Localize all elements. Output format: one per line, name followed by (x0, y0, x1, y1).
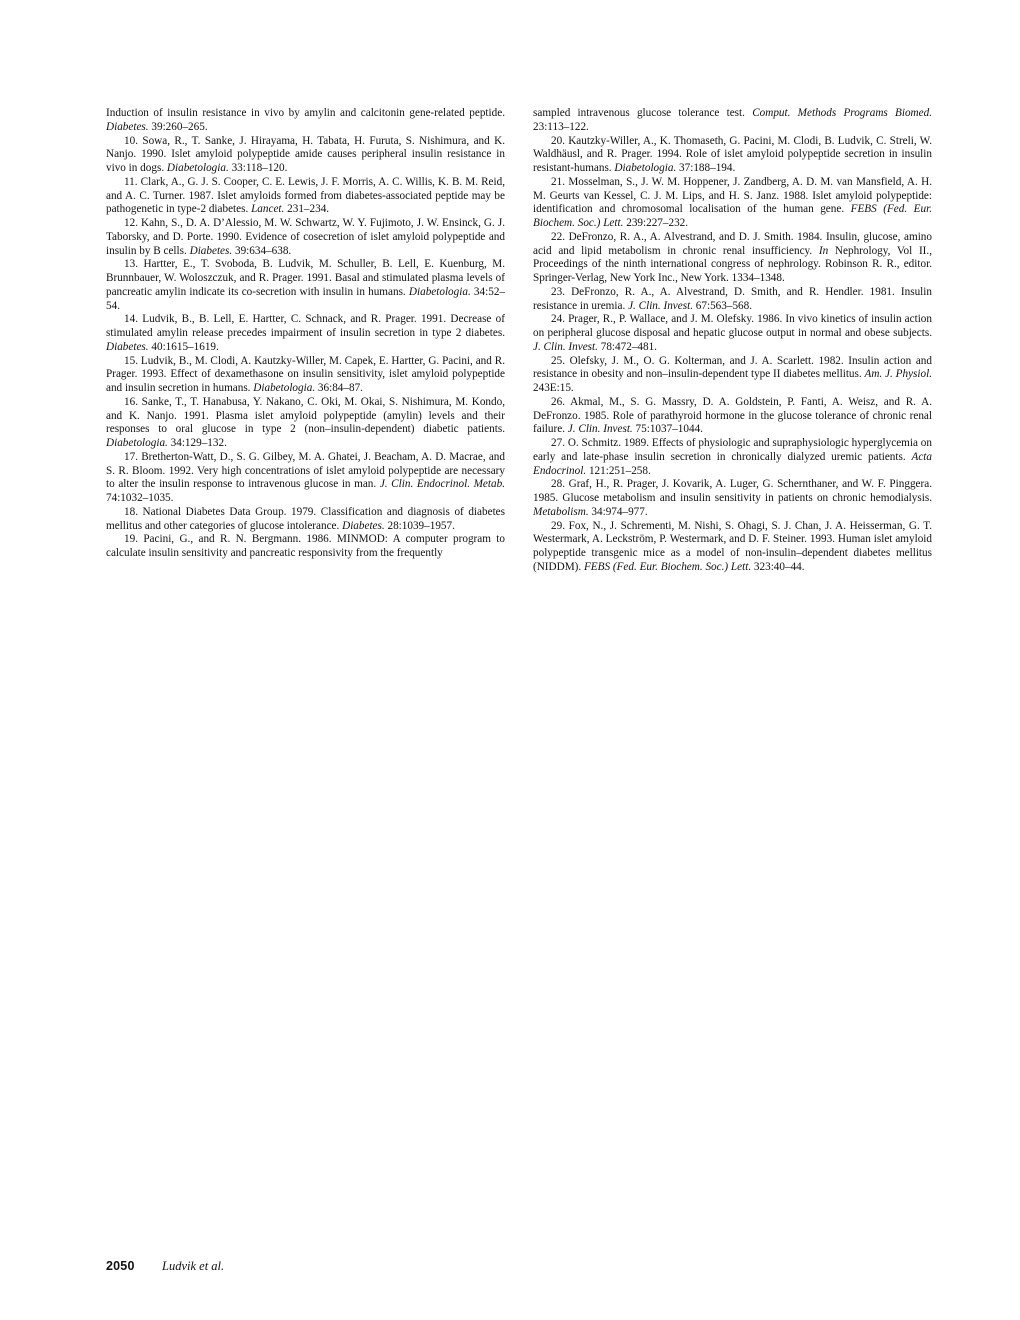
reference-item-29: 29. Fox, N., J. Schrementi, M. Nishi, S.… (533, 520, 932, 575)
references-left-column: Induction of insulin resistance in vivo … (106, 107, 505, 561)
reference-item-16: 16. Sanke, T., T. Hanabusa, Y. Nakano, C… (106, 396, 505, 451)
reference-item-18: 18. National Diabetes Data Group. 1979. … (106, 506, 505, 534)
reference-item-10: 10. Sowa, R., T. Sanke, J. Hirayama, H. … (106, 135, 505, 176)
reference-number: 24. (551, 313, 565, 325)
references-right-column: sampled intravenous glucose tolerance te… (533, 107, 932, 575)
journal-name: Metabolism. (533, 506, 589, 518)
citation-volume-pages: 75:1037–1044. (633, 423, 703, 435)
reference-number: 12. (124, 217, 138, 229)
journal-name: Diabetologia. (167, 162, 229, 174)
citation-volume-pages: 39:260–265. (149, 121, 208, 133)
reference-number: 25. (551, 355, 565, 367)
reference-number: 18. (124, 506, 138, 518)
journal-name: J. Clin. Invest. (568, 423, 633, 435)
reference-number: 27. (551, 437, 565, 449)
reference-number: 11. (124, 176, 138, 188)
reference-text: sampled intravenous glucose tolerance te… (533, 107, 752, 119)
reference-text: Pacini, G., and R. N. Bergmann. 1986. MI… (106, 533, 505, 559)
journal-name: Diabetes. (106, 341, 149, 353)
reference-item-19: 19. Pacini, G., and R. N. Bergmann. 1986… (106, 533, 505, 561)
reference-item-22: 22. DeFronzo, R. A., A. Alvestrand, and … (533, 231, 932, 286)
journal-name: J. Clin. Invest. (628, 300, 693, 312)
reference-text: Ludvik, B., B. Lell, E. Hartter, C. Schn… (106, 313, 505, 339)
reference-item-26: 26. Akmal, M., S. G. Massry, D. A. Golds… (533, 396, 932, 437)
citation-volume-pages: 243E:15. (533, 382, 574, 394)
reference-number: 21. (551, 176, 565, 188)
citation-volume-pages: 36:84–87. (315, 382, 363, 394)
journal-name: Diabetologia. (409, 286, 471, 298)
citation-volume-pages: 67:563–568. (693, 300, 752, 312)
reference-continuation: sampled intravenous glucose tolerance te… (533, 107, 932, 135)
reference-item-15: 15. Ludvik, B., M. Clodi, A. Kautzky-Wil… (106, 355, 505, 396)
citation-volume-pages: 23:113–122. (533, 121, 589, 133)
reference-text: Sowa, R., T. Sanke, J. Hirayama, H. Taba… (106, 135, 505, 175)
reference-number: 26. (551, 396, 565, 408)
reference-item-12: 12. Kahn, S., D. A. D’Alessio, M. W. Sch… (106, 217, 505, 258)
citation-volume-pages: 28:1039–1957. (385, 520, 455, 532)
citation-volume-pages: 231–234. (284, 203, 329, 215)
citation-volume-pages: 34:974–977. (589, 506, 648, 518)
reference-item-27: 27. O. Schmitz. 1989. Effects of physiol… (533, 437, 932, 478)
citation-volume-pages: 37:188–194. (676, 162, 735, 174)
journal-name: Diabetes. (190, 245, 233, 257)
journal-name: Comput. Methods Programs Biomed. (752, 107, 932, 119)
citation-volume-pages: 74:1032–1035. (106, 492, 173, 504)
reference-item-25: 25. Olefsky, J. M., O. G. Kolterman, and… (533, 355, 932, 396)
reference-item-17: 17. Bretherton-Watt, D., S. G. Gilbey, M… (106, 451, 505, 506)
reference-text: Kahn, S., D. A. D’Alessio, M. W. Schwart… (106, 217, 505, 257)
reference-item-24: 24. Prager, R., P. Wallace, and J. M. Ol… (533, 313, 932, 354)
reference-continuation: Induction of insulin resistance in vivo … (106, 107, 505, 135)
reference-item-11: 11. Clark, A., G. J. S. Cooper, C. E. Le… (106, 176, 505, 217)
reference-number: 16. (124, 396, 138, 408)
reference-number: 23. (551, 286, 565, 298)
reference-number: 10. (124, 135, 138, 147)
reference-number: 22. (551, 231, 565, 243)
reference-number: 19. (124, 533, 138, 545)
running-head-authors: Ludvik et al. (162, 1259, 224, 1274)
reference-item-14: 14. Ludvik, B., B. Lell, E. Hartter, C. … (106, 313, 505, 354)
reference-text: Graf, H., R. Prager, J. Kovarik, A. Luge… (533, 478, 932, 504)
page-footer: 2050 Ludvik et al. (106, 1259, 224, 1277)
citation-volume-pages: 121:251–258. (586, 465, 651, 477)
citation-volume-pages: 323:40–44. (751, 561, 804, 573)
journal-name: Diabetologia. (614, 162, 676, 174)
journal-name: J. Clin. Endocrinol. Metab. (380, 478, 505, 490)
reference-text: Sanke, T., T. Hanabusa, Y. Nakano, C. Ok… (106, 396, 505, 436)
citation-volume-pages: 40:1615–1619. (149, 341, 219, 353)
journal-name: In (819, 245, 828, 257)
page-number: 2050 (106, 1259, 162, 1273)
reference-item-13: 13. Hartter, E., T. Svoboda, B. Ludvik, … (106, 258, 505, 313)
reference-text: Induction of insulin resistance in vivo … (106, 107, 505, 119)
citation-volume-pages: 39:634–638. (232, 245, 291, 257)
journal-name: Am. J. Physiol. (865, 368, 933, 380)
reference-number: 14. (124, 313, 138, 325)
reference-item-23: 23. DeFronzo, R. A., A. Alvestrand, D. S… (533, 286, 932, 314)
journal-name: Diabetologia. (253, 382, 315, 394)
reference-number: 15. (124, 355, 138, 367)
citation-volume-pages: 34:129–132. (168, 437, 227, 449)
journal-name: Diabetes. (342, 520, 385, 532)
reference-number: 13. (124, 258, 138, 270)
journal-name: Diabetologia. (106, 437, 168, 449)
citation-volume-pages: 33:118–120. (229, 162, 288, 174)
reference-item-28: 28. Graf, H., R. Prager, J. Kovarik, A. … (533, 478, 932, 519)
reference-text: Prager, R., P. Wallace, and J. M. Olefsk… (533, 313, 932, 339)
journal-name: Diabetes. (106, 121, 149, 133)
reference-item-20: 20. Kautzky-Willer, A., K. Thomaseth, G.… (533, 135, 932, 176)
citation-volume-pages: 78:472–481. (598, 341, 657, 353)
reference-text: O. Schmitz. 1989. Effects of physiologic… (533, 437, 932, 463)
citation-volume-pages: 239:227–232. (623, 217, 688, 229)
reference-number: 28. (551, 478, 565, 490)
reference-number: 20. (551, 135, 565, 147)
journal-page: Induction of insulin resistance in vivo … (0, 0, 1020, 1320)
reference-number: 29. (551, 520, 565, 532)
reference-item-21: 21. Mosselman, S., J. W. M. Hoppener, J.… (533, 176, 932, 231)
journal-name: Lancet. (251, 203, 284, 215)
journal-name: J. Clin. Invest. (533, 341, 598, 353)
reference-number: 17. (124, 451, 138, 463)
journal-name: FEBS (Fed. Eur. Biochem. Soc.) Lett. (584, 561, 751, 573)
